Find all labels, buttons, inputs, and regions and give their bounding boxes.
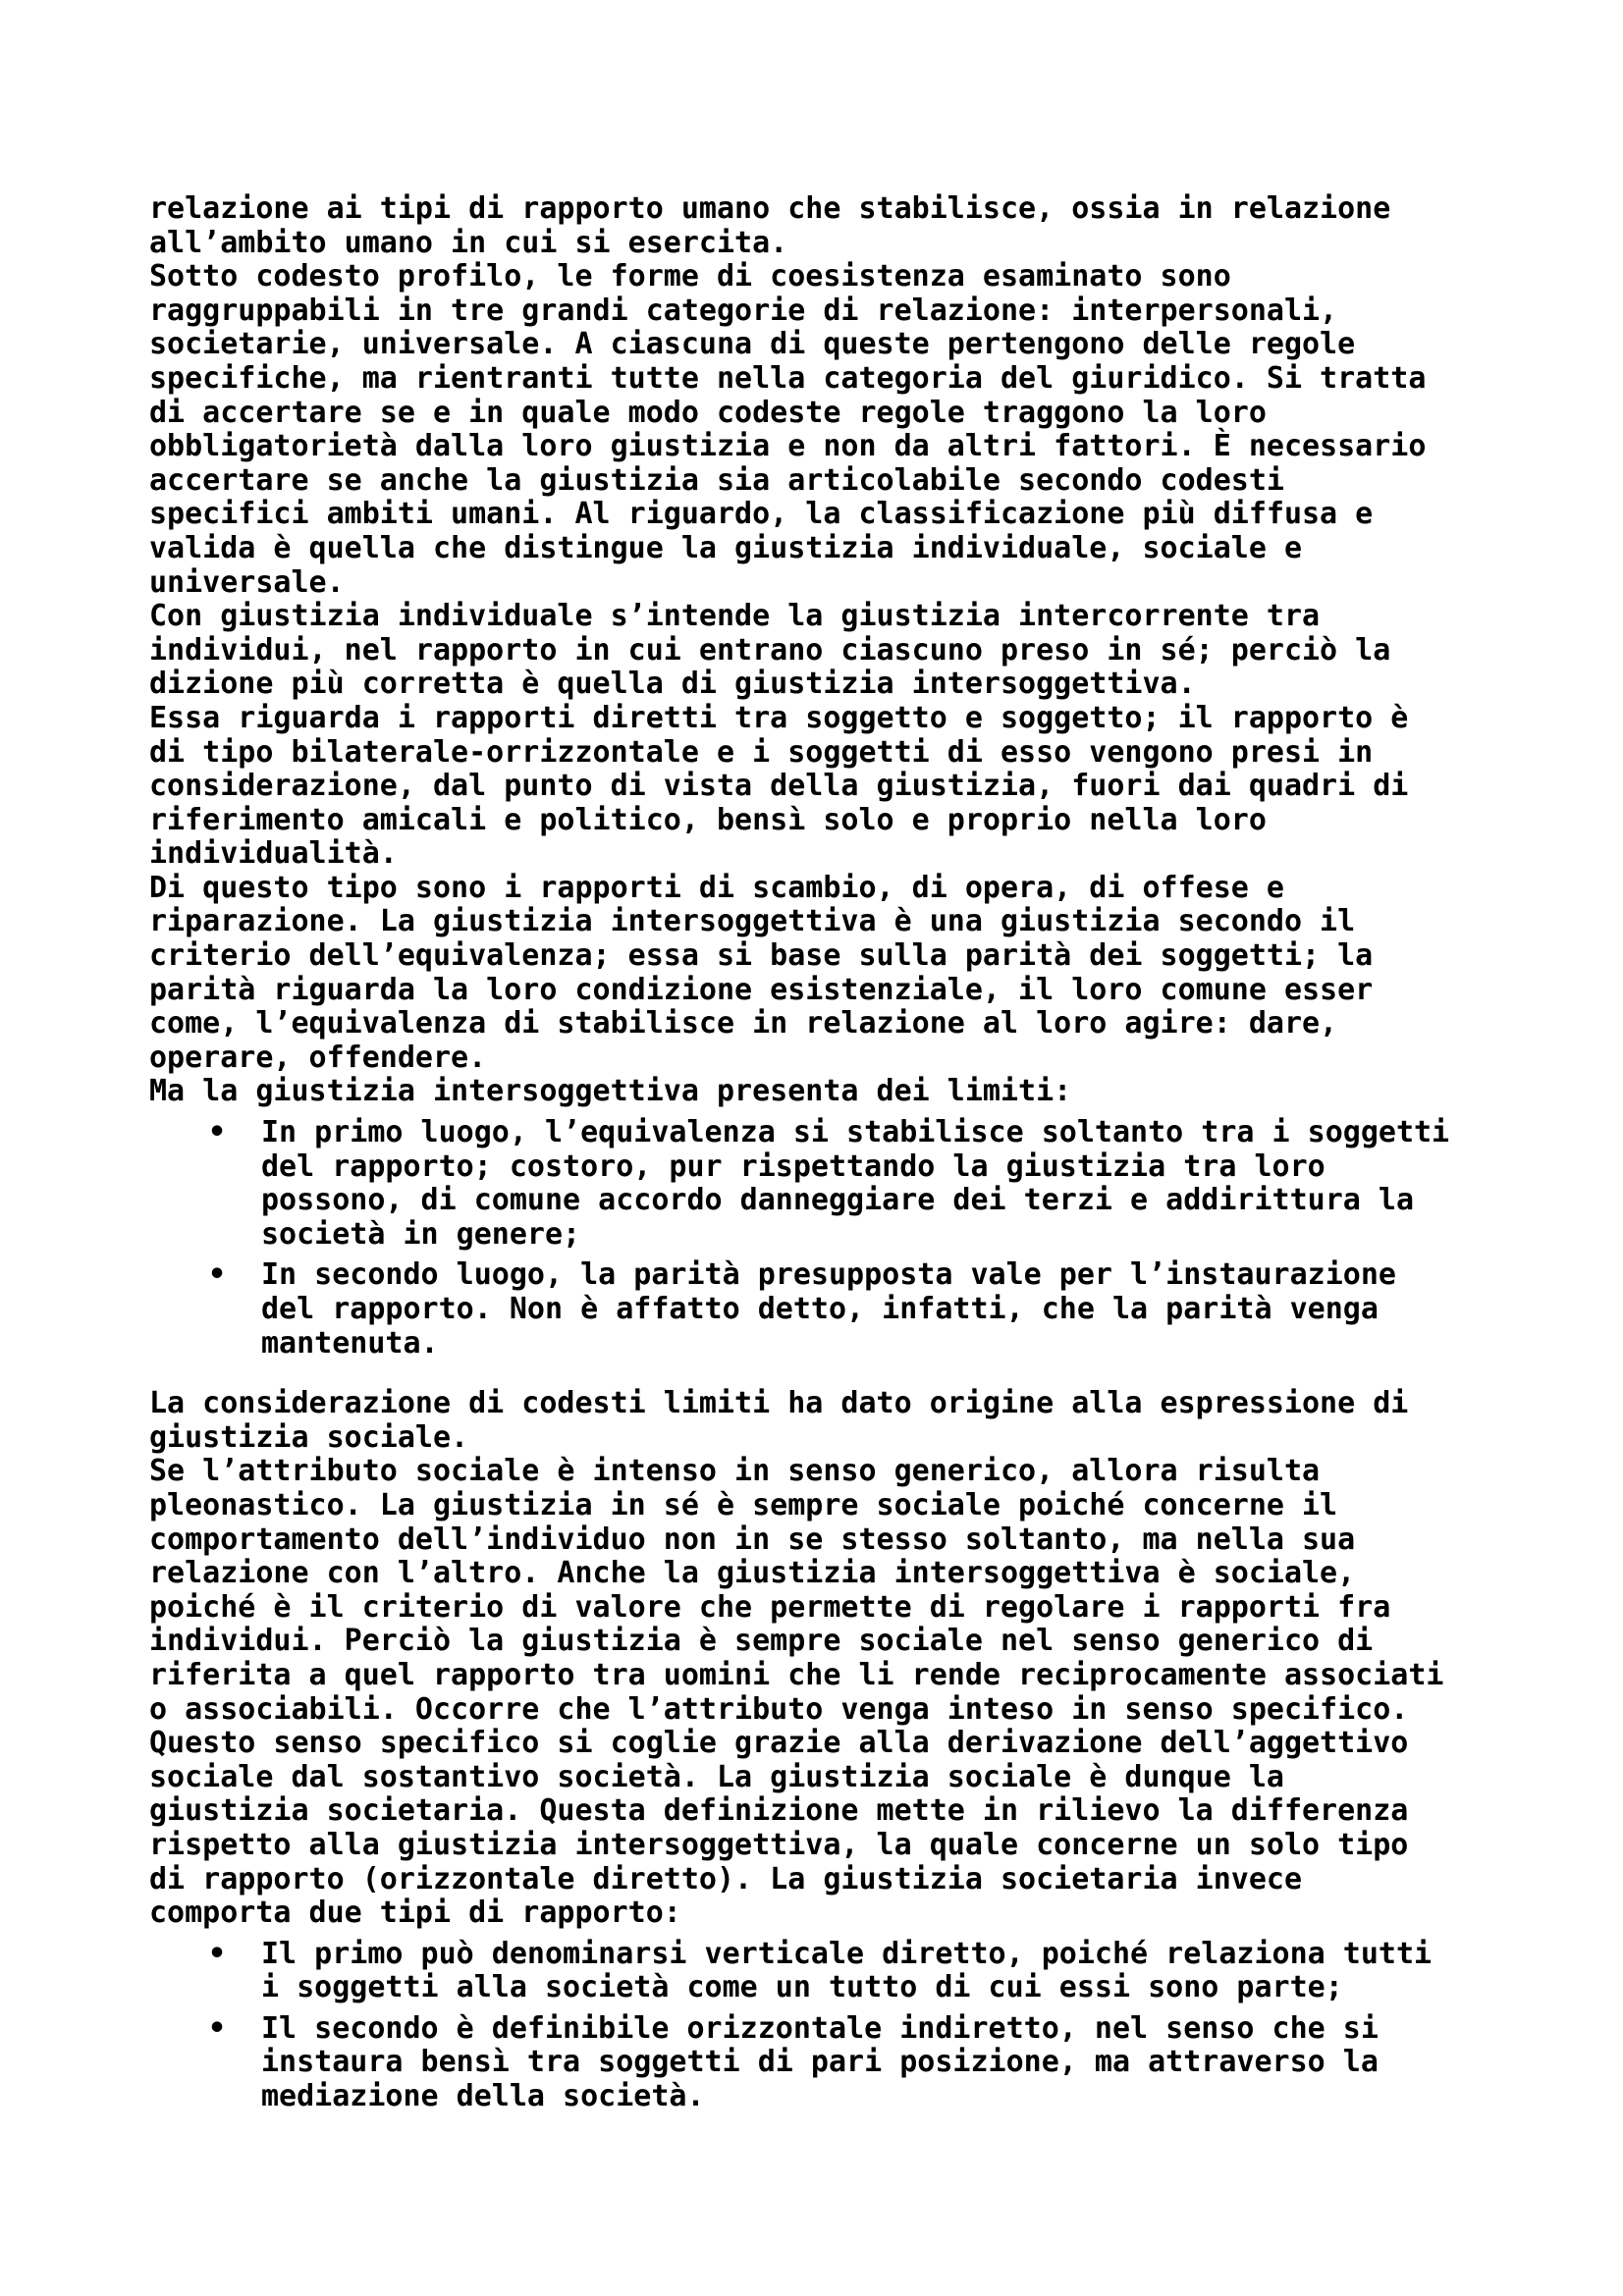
document-page: { "page": { "background": "#ffffff", "te… bbox=[0, 0, 1623, 2296]
text-line: relazione con l’altro. Anche la giustizi… bbox=[149, 1557, 1449, 1591]
paragraph: La considerazione di codesti limiti ha d… bbox=[149, 1387, 1449, 1455]
text-line: specifiche, ma rientranti tutte nella ca… bbox=[149, 362, 1449, 397]
text-line: giustizia societaria. Questa definizione… bbox=[149, 1794, 1449, 1829]
text-line: mediazione della società. bbox=[261, 2080, 1449, 2114]
text-line: Ma la giustizia intersoggettiva presenta… bbox=[149, 1075, 1449, 1109]
bullet-icon: • bbox=[208, 1116, 226, 1150]
text-line: operare, offendere. bbox=[149, 1041, 1449, 1076]
text-line: giustizia sociale. bbox=[149, 1421, 1449, 1456]
text-line: di accertare se e in quale modo codeste … bbox=[149, 397, 1449, 431]
bullet-text: Il primo può denominarsi verticale diret… bbox=[261, 1938, 1449, 2005]
bullet-icon: • bbox=[208, 1938, 226, 1972]
text-line: Il primo può denominarsi verticale diret… bbox=[261, 1938, 1449, 1972]
text-line: Con giustizia individuale s’intende la g… bbox=[149, 600, 1449, 634]
text-line: del rapporto. Non è affatto detto, infat… bbox=[261, 1293, 1449, 1327]
paragraph-spacer bbox=[149, 1361, 1449, 1387]
text-line: riparazione. La giustizia intersoggettiv… bbox=[149, 905, 1449, 939]
text-line: dizione più corretta è quella di giustiz… bbox=[149, 667, 1449, 702]
text-line: La considerazione di codesti limiti ha d… bbox=[149, 1387, 1449, 1421]
bullet-item: •Il primo può denominarsi verticale dire… bbox=[149, 1938, 1449, 2005]
text-line: rispetto alla giustizia intersoggettiva,… bbox=[149, 1829, 1449, 1863]
paragraph: Se l’attributo sociale è intenso in sens… bbox=[149, 1455, 1449, 1930]
text-line: accertare se anche la giustizia sia arti… bbox=[149, 464, 1449, 499]
paragraph: Ma la giustizia intersoggettiva presenta… bbox=[149, 1075, 1449, 1109]
text-line: Questo senso specifico si coglie grazie … bbox=[149, 1727, 1449, 1761]
bullet-text: In primo luogo, l’equivalenza si stabili… bbox=[261, 1116, 1449, 1252]
paragraph: Di questo tipo sono i rapporti di scambi… bbox=[149, 872, 1449, 1076]
paragraph: Con giustizia individuale s’intende la g… bbox=[149, 600, 1449, 702]
text-line: all’ambito umano in cui si esercita. bbox=[149, 227, 1449, 261]
text-line: Essa riguarda i rapporti diretti tra sog… bbox=[149, 702, 1449, 736]
bullet-text: In secondo luogo, la parità presupposta … bbox=[261, 1258, 1449, 1361]
paragraph: Sotto codesto profilo, le forme di coesi… bbox=[149, 260, 1449, 600]
text-line: poiché è il criterio di valore che perme… bbox=[149, 1591, 1449, 1626]
text-line: mantenuta. bbox=[261, 1327, 1449, 1362]
paragraph: relazione ai tipi di rapporto umano che … bbox=[149, 192, 1449, 260]
text-line: di rapporto (orizzontale diretto). La gi… bbox=[149, 1863, 1449, 1897]
text-line: obbligatorietà dalla loro giustizia e no… bbox=[149, 430, 1449, 464]
text-line: Il secondo è definibile orizzontale indi… bbox=[261, 2012, 1449, 2047]
text-line: riferita a quel rapporto tra uomini che … bbox=[149, 1659, 1449, 1693]
text-line: di tipo bilaterale-orrizzontale e i sogg… bbox=[149, 736, 1449, 771]
text-line: o associabili. Occorre che l’attributo v… bbox=[149, 1693, 1449, 1728]
text-line: comporta due tipi di rapporto: bbox=[149, 1896, 1449, 1931]
text-line: del rapporto; costoro, pur rispettando l… bbox=[261, 1150, 1449, 1185]
text-line: considerazione, dal punto di vista della… bbox=[149, 770, 1449, 804]
text-line: riferimento amicali e politico, bensì so… bbox=[149, 804, 1449, 838]
text-line: comportamento dell’individuo non in se s… bbox=[149, 1523, 1449, 1558]
bullet-item: •In secondo luogo, la parità presupposta… bbox=[149, 1258, 1449, 1361]
text-line: Sotto codesto profilo, le forme di coesi… bbox=[149, 260, 1449, 294]
bullet-item: •Il secondo è definibile orizzontale ind… bbox=[149, 2012, 1449, 2114]
text-line: sociale dal sostantivo società. La giust… bbox=[149, 1761, 1449, 1795]
bullet-list: •In primo luogo, l’equivalenza si stabil… bbox=[149, 1116, 1449, 1361]
text-line: Se l’attributo sociale è intenso in sens… bbox=[149, 1455, 1449, 1489]
text-line: criterio dell’equivalenza; essa si base … bbox=[149, 939, 1449, 974]
text-line: societarie, universale. A ciascuna di qu… bbox=[149, 328, 1449, 362]
text-line: i soggetti alla società come un tutto di… bbox=[261, 1971, 1449, 2005]
text-line: In secondo luogo, la parità presupposta … bbox=[261, 1258, 1449, 1293]
text-line: valida è quella che distingue la giustiz… bbox=[149, 532, 1449, 566]
text-line: relazione ai tipi di rapporto umano che … bbox=[149, 192, 1449, 227]
text-line: instaura bensì tra soggetti di pari posi… bbox=[261, 2046, 1449, 2080]
text-line: possono, di comune accordo danneggiare d… bbox=[261, 1184, 1449, 1218]
text-line: società in genere; bbox=[261, 1218, 1449, 1253]
text-line: come, l’equivalenza di stabilisce in rel… bbox=[149, 1007, 1449, 1041]
bullet-text: Il secondo è definibile orizzontale indi… bbox=[261, 2012, 1449, 2114]
text-line: parità riguarda la loro condizione esist… bbox=[149, 974, 1449, 1008]
paragraph: Essa riguarda i rapporti diretti tra sog… bbox=[149, 702, 1449, 872]
text-line: individui. Perciò la giustizia è sempre … bbox=[149, 1625, 1449, 1659]
document-text: relazione ai tipi di rapporto umano che … bbox=[149, 192, 1449, 2114]
text-line: pleonastico. La giustizia in sé è sempre… bbox=[149, 1489, 1449, 1523]
text-line: Di questo tipo sono i rapporti di scambi… bbox=[149, 872, 1449, 906]
bullet-list: •Il primo può denominarsi verticale dire… bbox=[149, 1938, 1449, 2114]
text-line: individualità. bbox=[149, 837, 1449, 872]
bullet-icon: • bbox=[208, 1258, 226, 1293]
text-line: individui, nel rapporto in cui entrano c… bbox=[149, 634, 1449, 668]
text-line: In primo luogo, l’equivalenza si stabili… bbox=[261, 1116, 1449, 1150]
text-line: raggruppabili in tre grandi categorie di… bbox=[149, 294, 1449, 329]
text-line: universale. bbox=[149, 566, 1449, 601]
bullet-item: •In primo luogo, l’equivalenza si stabil… bbox=[149, 1116, 1449, 1252]
text-line: specifici ambiti umani. Al riguardo, la … bbox=[149, 498, 1449, 532]
bullet-icon: • bbox=[208, 2012, 226, 2047]
